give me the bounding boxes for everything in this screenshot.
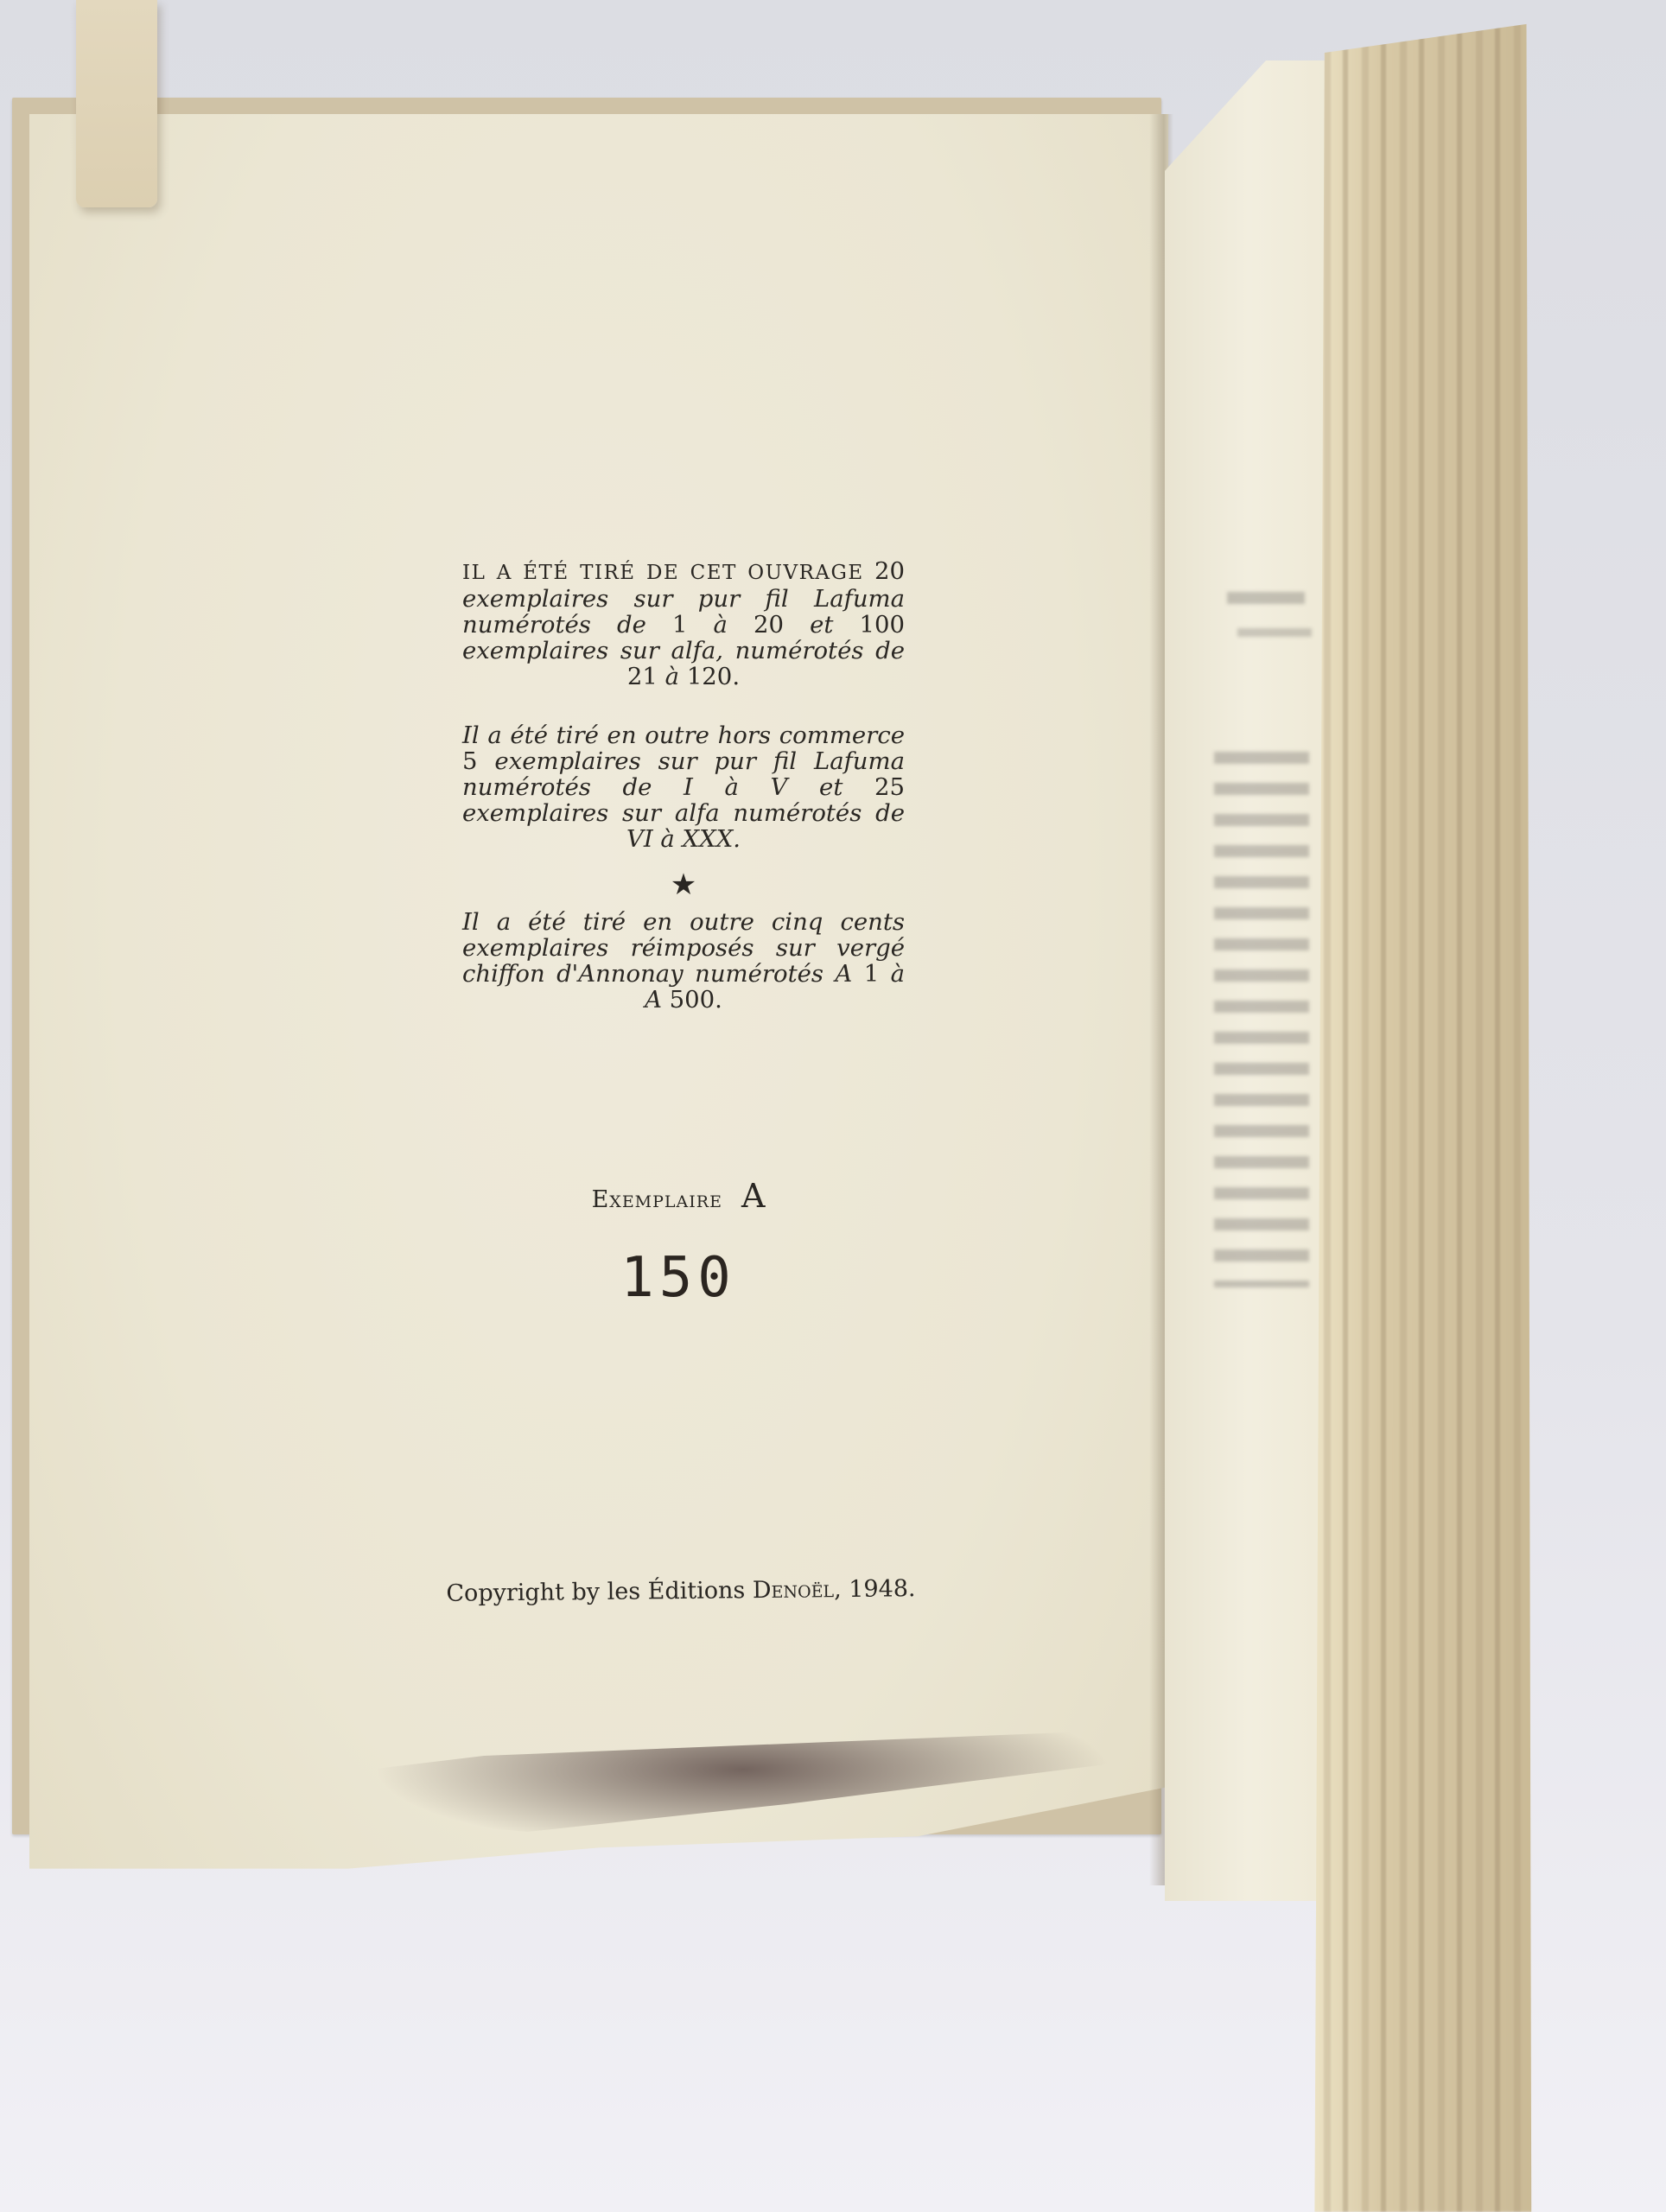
italic-text: exemplaires sur alfa numérotés de VI à X…	[462, 799, 905, 853]
number: 5	[462, 747, 478, 775]
star-ornament-icon: ★	[462, 868, 905, 902]
copyright-line: Copyright by les Éditions Denoël, 1948.	[413, 1575, 949, 1607]
copy-series: A	[741, 1177, 765, 1215]
copy-label: Exemplaire	[592, 1186, 722, 1213]
limitation-paragraph-2: Il a été tiré en outre hors commerce 5 e…	[462, 722, 905, 852]
publisher-name: Denoël	[753, 1576, 835, 1604]
left-page-content: IL A ÉTÉ TIRÉ DE CET OUVRAGE 20 exemplai…	[0, 0, 1666, 2212]
number: 500	[670, 986, 715, 1014]
limitation-paragraph-1: IL A ÉTÉ TIRÉ DE CET OUVRAGE 20 exemplai…	[462, 558, 905, 690]
punctuation: .	[715, 986, 722, 1014]
italic-text: et	[784, 611, 859, 639]
copy-number-stamp: 150	[0, 1246, 1357, 1310]
italic-text: exemplaires sur pur fil Lafuma numérotés…	[462, 747, 905, 801]
limitation-statement: IL A ÉTÉ TIRÉ DE CET OUVRAGE 20 exemplai…	[462, 558, 905, 1013]
number: 21	[627, 663, 658, 690]
number: 120	[687, 663, 733, 690]
photo-scene: IL A ÉTÉ TIRÉ DE CET OUVRAGE 20 exemplai…	[0, 0, 1666, 2212]
number: 100	[860, 611, 906, 639]
number: 20	[754, 611, 784, 639]
limitation-paragraph-3: Il a été tiré en outre cinq cents exempl…	[462, 909, 905, 1013]
copyright-prefix: Copyright by les Éditions	[446, 1577, 753, 1607]
italic-text: Il a été tiré en outre cinq cents exempl…	[462, 908, 905, 988]
italic-text: Il a été tiré en outre hors commerce	[462, 721, 905, 749]
number: 1	[864, 960, 880, 988]
copyright-year: , 1948.	[834, 1575, 916, 1603]
italic-text: à	[658, 663, 687, 690]
copy-designation: ExemplaireA	[0, 1177, 1357, 1215]
number: 1	[672, 611, 688, 639]
caps-lead: IL A ÉTÉ TIRÉ DE CET OUVRAGE	[462, 562, 864, 584]
italic-text: à	[687, 611, 754, 639]
number: 20	[874, 557, 905, 585]
number: 25	[874, 773, 905, 801]
punctuation: .	[732, 663, 740, 690]
italic-text: exemplaires sur alfa, numérotés de	[462, 637, 905, 664]
